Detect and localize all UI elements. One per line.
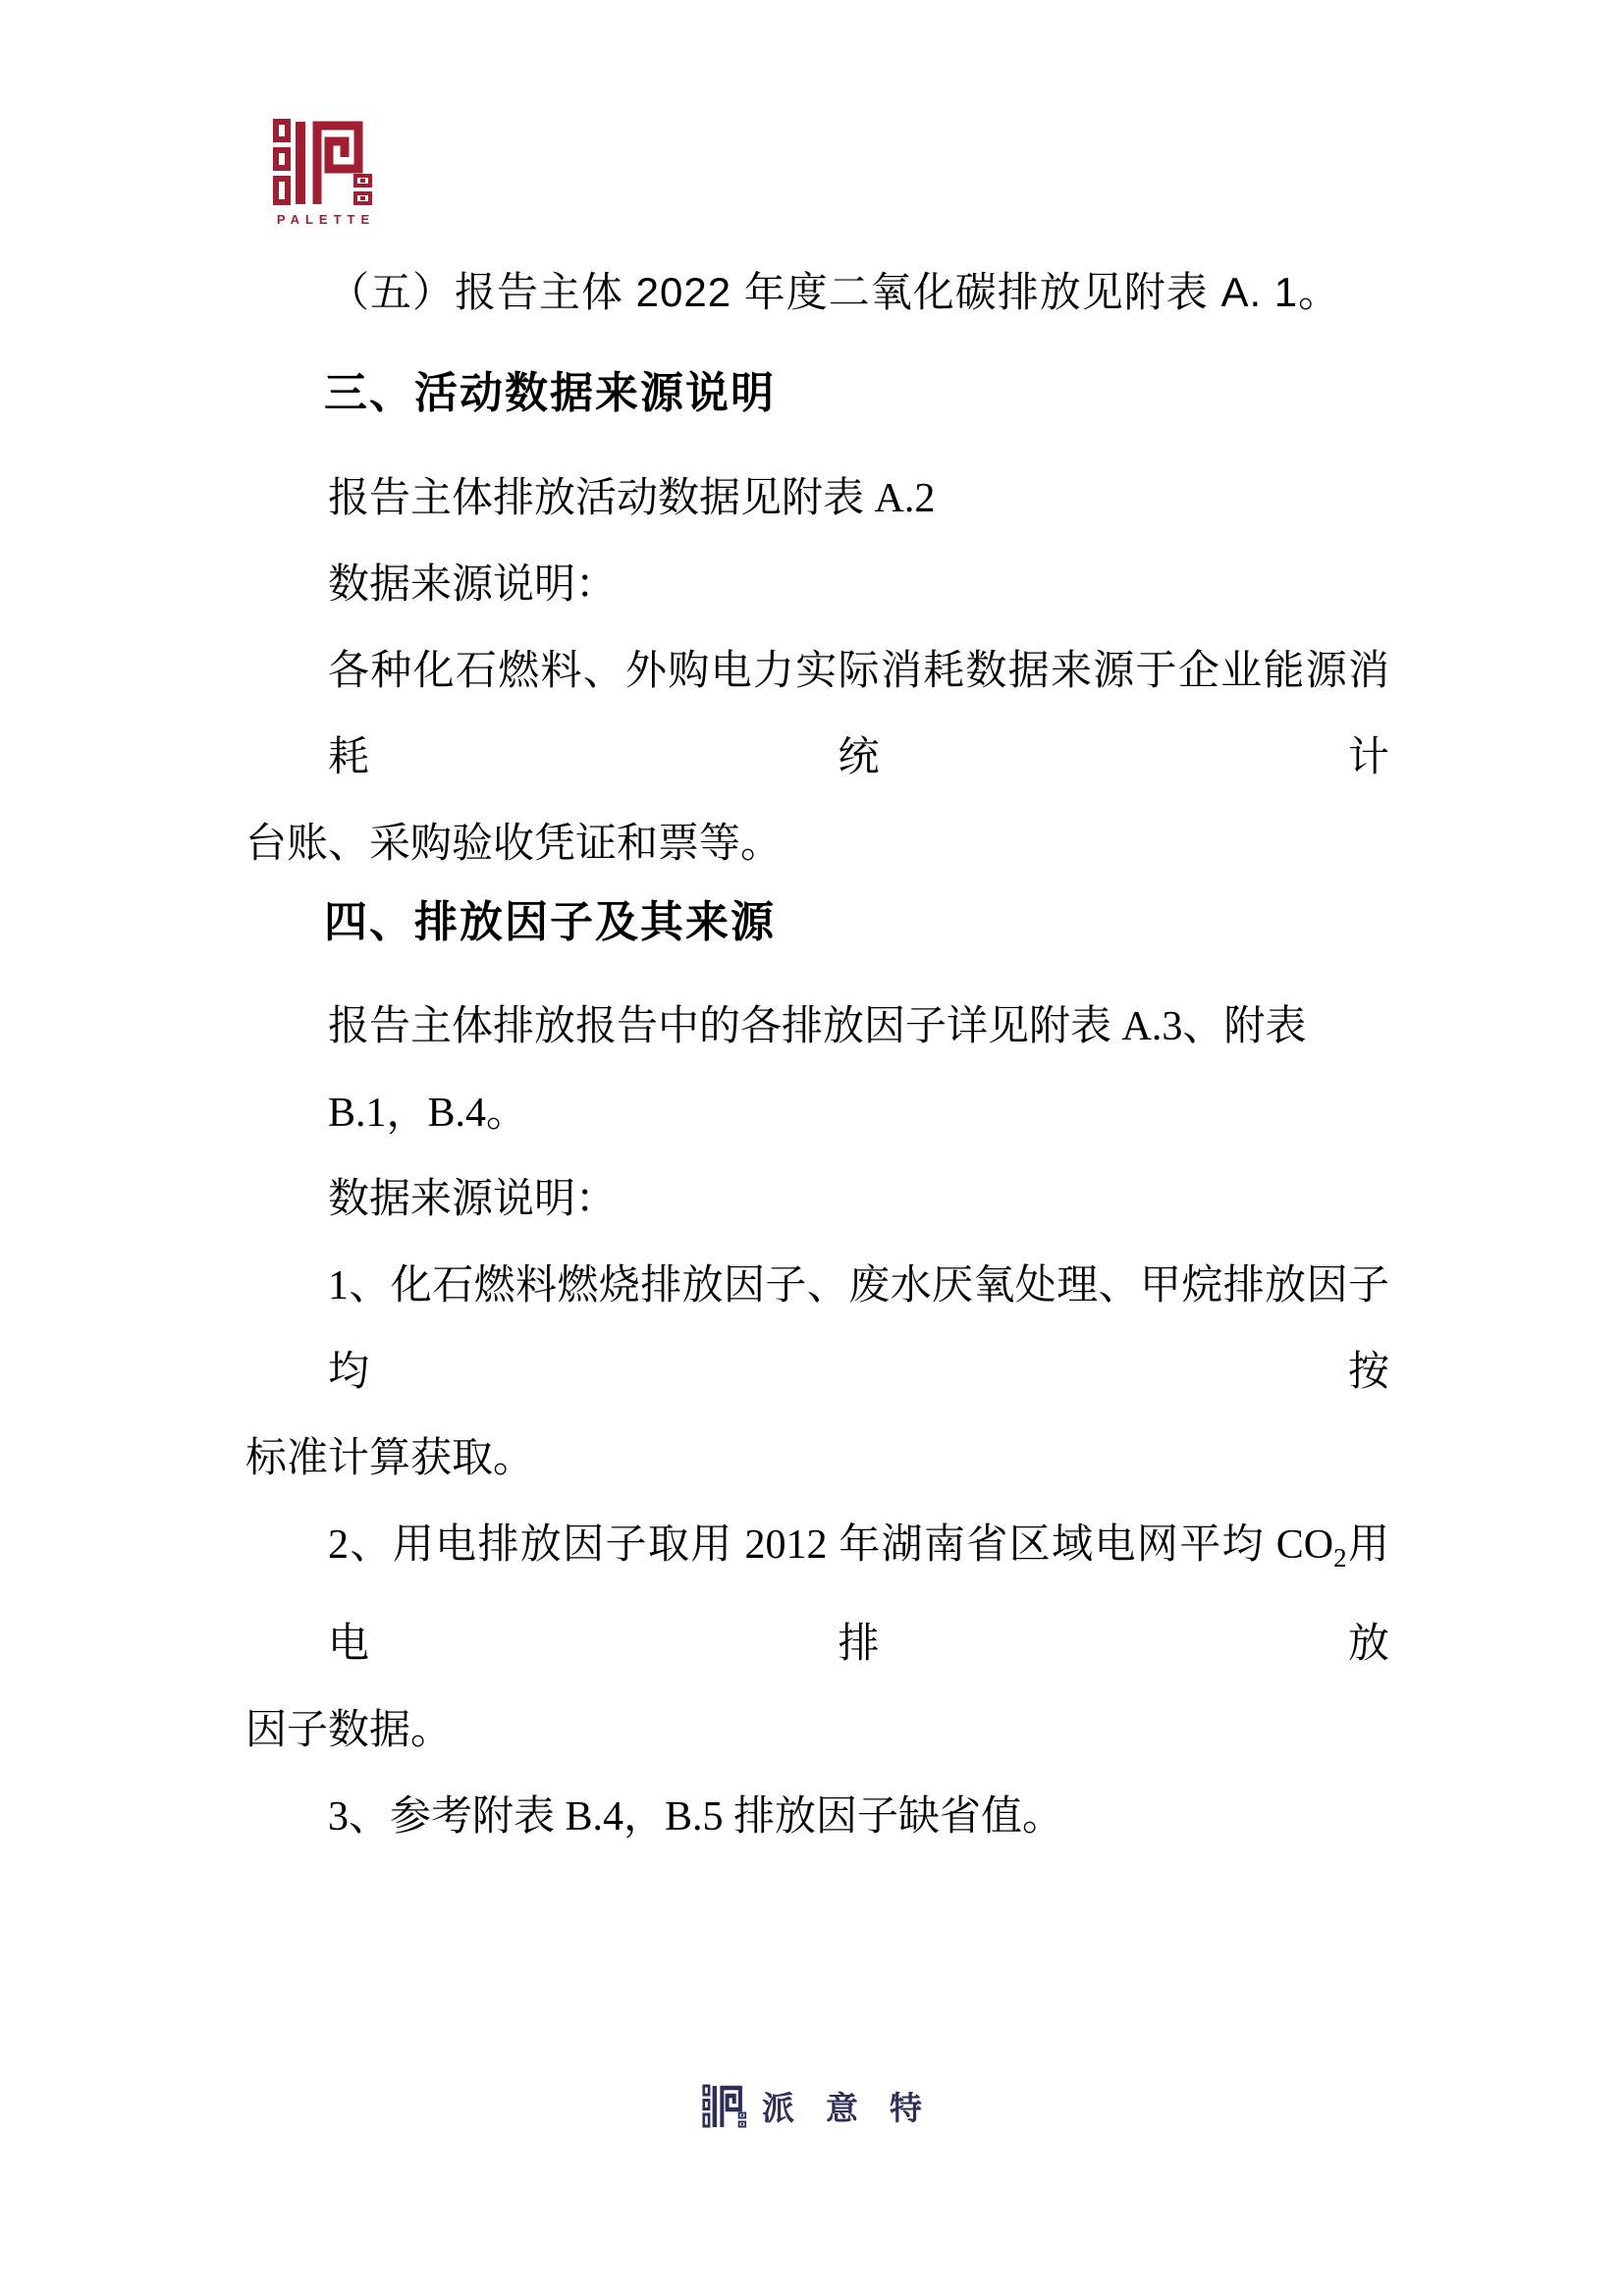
item-1-line-1: 1、化石燃料燃烧排放因子、废水厌氧处理、甲烷排放因子均按 <box>245 1243 1389 1415</box>
logo-dot <box>741 2114 743 2116</box>
item-1-line-2: 标准计算获取。 <box>245 1415 1389 1502</box>
document-page: PALETTE （五）报告主体 2022 年度二氧化碳排放见附表 A. 1。 三… <box>0 0 1624 2296</box>
data-source-label-1: 数据来源说明： <box>245 542 1389 628</box>
section-4-heading: 四、排放因子及其来源 <box>245 880 1389 966</box>
logo-dot <box>741 2123 743 2125</box>
data-source-label-2: 数据来源说明： <box>245 1156 1389 1243</box>
item-2-line-2: 因子数据。 <box>245 1687 1389 1774</box>
line-activity-data: 报告主体排放活动数据见附表 A.2 <box>245 455 1389 542</box>
header-logo-text: PALETTE <box>272 212 380 227</box>
co2-subscript: 2 <box>1333 1543 1347 1573</box>
header-logo: PALETTE <box>272 118 374 227</box>
item-3: 3、参考附表 B.4，B.5 排放因子缺省值。 <box>245 1774 1389 1860</box>
paragraph-co2-annex: （五）报告主体 2022 年度二氧化碳排放见附表 A. 1。 <box>245 249 1389 336</box>
document-body: （五）报告主体 2022 年度二氧化碳排放见附表 A. 1。 三、活动数据来源说… <box>245 249 1389 1860</box>
logo-dot <box>360 179 365 183</box>
footer-brand: 派意特 <box>0 2083 1624 2129</box>
para-fuel-line-1: 各种化石燃料、外购电力实际消耗数据来源于企业能源消耗统计 <box>245 628 1389 801</box>
para-fuel-line-2: 台账、采购验收凭证和票等。 <box>245 801 1389 887</box>
palette-logo-icon <box>272 118 374 208</box>
section-3-heading: 三、活动数据来源说明 <box>245 350 1389 437</box>
footer-brand-text: 派意特 <box>762 2083 953 2129</box>
logo-dot <box>360 196 365 200</box>
paiyite-logo-icon <box>702 2084 747 2129</box>
item-2-text-pre: 2、用电排放因子取用 2012 年湖南省区域电网平均 CO <box>328 1522 1333 1568</box>
line-emission-factors: 报告主体排放报告中的各排放因子详见附表 A.3、附表 B.1，B.4。 <box>245 984 1389 1156</box>
item-2-line-1: 2、用电排放因子取用 2012 年湖南省区域电网平均 CO2用电排放 <box>245 1502 1389 1687</box>
